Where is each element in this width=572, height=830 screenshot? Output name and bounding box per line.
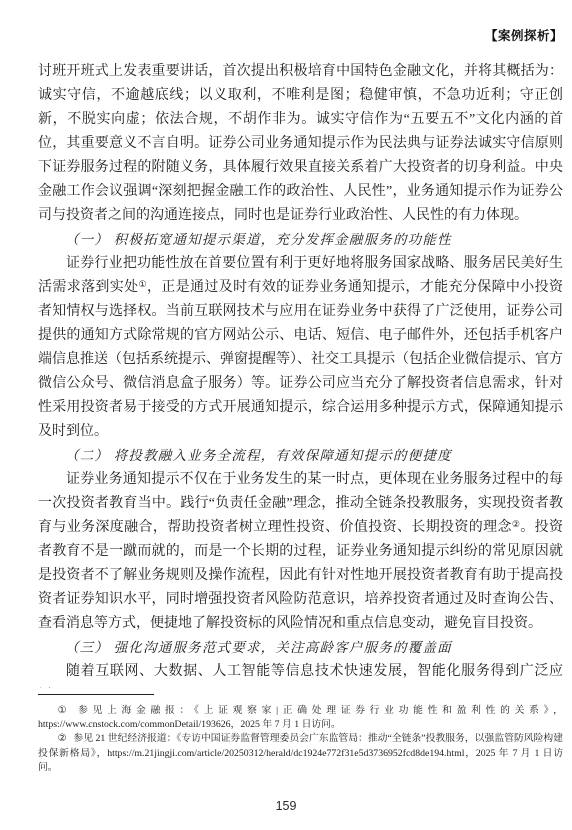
page-number: 159	[0, 799, 572, 813]
footnote-ref: ②	[512, 519, 520, 529]
footnote-text: 参见 21 世纪经济报道：《专访中国证券监督管理委员会广东监管局：推动“全链条”…	[38, 733, 563, 772]
footnote-separator	[38, 694, 154, 695]
footnote: ①参见上海金融报：《上证观察家|正确处理证券行业功能性和盈利性的关系》，http…	[38, 704, 563, 732]
footnote-marker: ①	[58, 705, 71, 716]
section-heading: （三） 强化沟通服务范式要求，关注高龄客户服务的覆盖面	[38, 636, 563, 660]
paragraph: 证券行业把功能性放在首要位置有利于更好地将服务国家战略、服务居民美好生活需求落到…	[38, 252, 563, 444]
section-badge: 【案例探析】	[485, 26, 563, 44]
article-body: 讨班开班式上发表重要讲话，首次提出积极培育中国特色金融文化，并将其概括为：诚实守…	[38, 60, 563, 688]
document-page: 【案例探析】 讨班开班式上发表重要讲话，首次提出积极培育中国特色金融文化，并将其…	[0, 0, 572, 830]
paragraph: 随着互联网、大数据、人工智能等信息技术快速发展，智能化服务得到广泛应用，	[38, 660, 563, 688]
paragraph: 讨班开班式上发表重要讲话，首次提出积极培育中国特色金融文化，并将其概括为：诚实守…	[38, 60, 563, 228]
section-heading: （一） 积极拓宽通知提示渠道，充分发挥金融服务的功能性	[38, 228, 563, 252]
footnote-text: 参见上海金融报：《上证观察家|正确处理证券行业功能性和盈利性的关系》，https…	[38, 705, 563, 730]
footnotes: ①参见上海金融报：《上证观察家|正确处理证券行业功能性和盈利性的关系》，http…	[38, 704, 563, 775]
footnote-marker: ②	[58, 733, 67, 744]
section-heading: （二） 将投教融入业务全流程，有效保障通知提示的便捷度	[38, 444, 563, 468]
paragraph: 证券业务通知提示不仅在于业务发生的某一时点，更体现在业务服务过程中的每一次投资者…	[38, 468, 563, 636]
footnote-ref: ①	[139, 279, 147, 289]
footnote: ②参见 21 世纪经济报道：《专访中国证券监督管理委员会广东监管局：推动“全链条…	[38, 732, 563, 775]
